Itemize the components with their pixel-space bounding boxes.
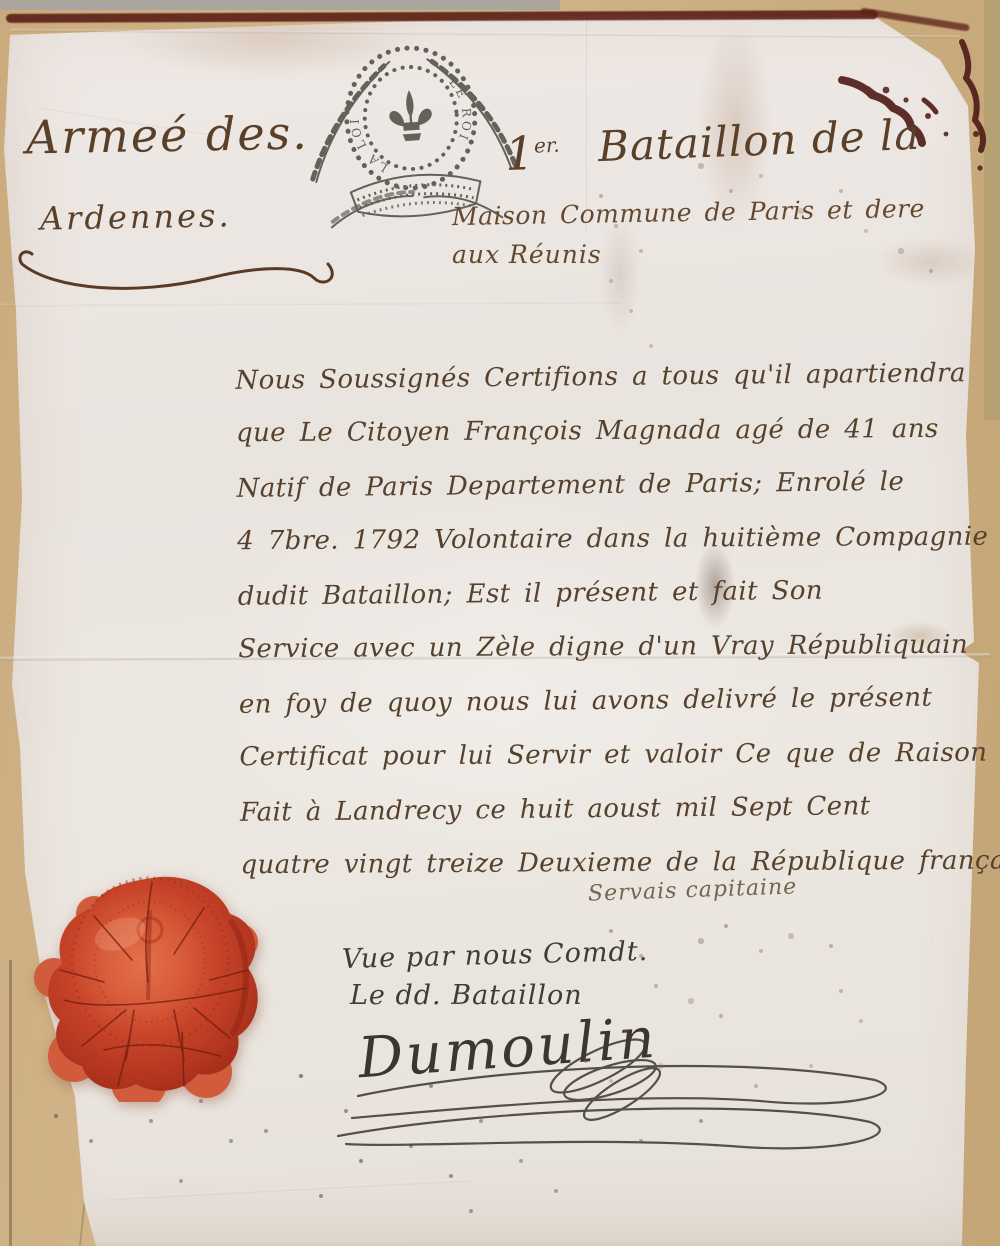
wax-seal — [34, 850, 266, 1102]
manuscript-line: en foy de quoy nous lui avons delivré le… — [239, 670, 974, 732]
battalion-number-suffix: er. — [534, 133, 560, 158]
ink-speckles — [0, 0, 2, 2]
endorsement-line2: Le dd. Bataillon — [350, 980, 583, 1011]
manuscript-line: Nous Soussignés Certifions a tous qu'il … — [235, 346, 970, 408]
manuscript-line: dudit Bataillon; Est il présent et fait … — [237, 562, 972, 624]
army-header-line2: Ardennes. — [40, 196, 232, 237]
manuscript-line: 4 7bre. 1792 Volontaire dans la huitième… — [237, 510, 971, 568]
document-photo: LE ROI LA LOI Armeé des. Ardennes. 1er. … — [0, 0, 1000, 1246]
signature-flourish — [330, 1038, 950, 1168]
battalion-number-digit: 1 — [504, 126, 535, 181]
flourish-underline — [14, 238, 344, 302]
manuscript-line: Certificat pour lui Servir et valoir Ce … — [239, 726, 973, 784]
backing-top-sliver — [0, 0, 560, 10]
battalion-number: 1er. — [504, 125, 561, 181]
manuscript-body: Nous Soussignés Certifions a tous qu'il … — [235, 346, 975, 894]
paper-crease — [584, 20, 587, 230]
backing-grain-line — [9, 960, 12, 1246]
stamp-motto-left: LA LOI — [347, 114, 391, 177]
manuscript-line: que Le Citoyen François Magnada agé de 4… — [236, 402, 970, 460]
manuscript-line: Natif de Paris Departement de Paris; Enr… — [236, 454, 971, 516]
manuscript-line: Service avec un Zèle digne d'un Vray Rép… — [238, 618, 972, 676]
battalion-header-line3: aux Réunis — [452, 240, 602, 269]
stamp-motto-right: LE ROI — [446, 74, 476, 145]
manuscript-line: Fait à Landrecy ce huit aoust mil Sept C… — [240, 778, 975, 840]
army-header-line1: Armeé des. — [26, 106, 310, 165]
